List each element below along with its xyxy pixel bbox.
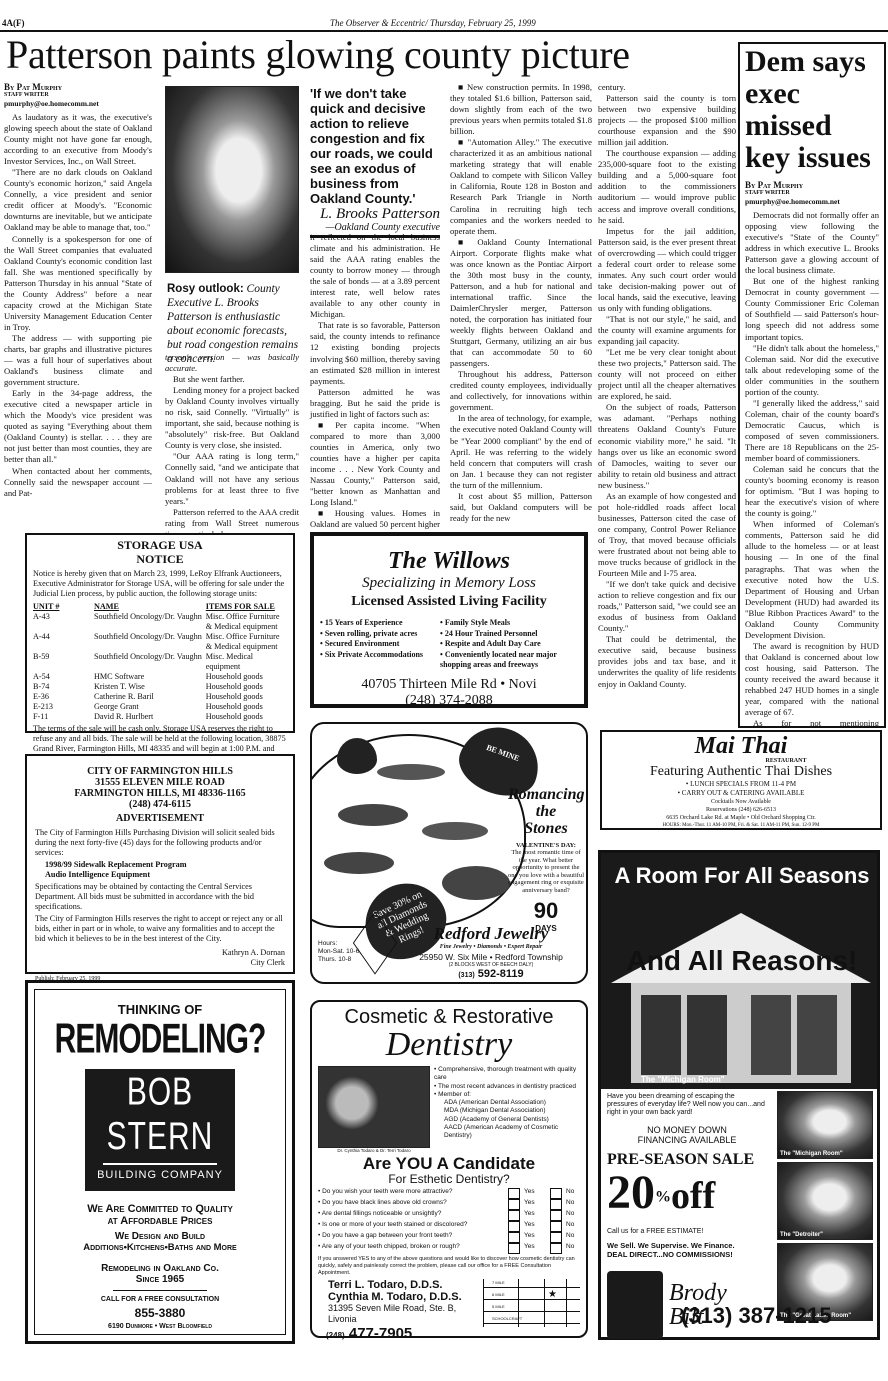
days-number: 90 [508, 898, 584, 924]
main-headline: Patterson paints glowing county picture [6, 32, 630, 78]
financing-line: FINANCING AVAILABLE [607, 1135, 767, 1145]
no-checkbox[interactable] [550, 1232, 562, 1243]
willows-phone[interactable]: (248) 374-2088 [314, 693, 584, 709]
items-cell: Household goods [206, 712, 287, 722]
paragraph: Connelly is a spokesperson for one of th… [4, 234, 152, 333]
store-services: Fine Jewelry • Diamonds • Expert Repair [406, 944, 576, 950]
items-cell: Household goods [206, 682, 287, 692]
yes-checkbox[interactable] [508, 1210, 520, 1221]
signer-name: Kathryn A. Dornan [35, 948, 285, 958]
paragraph: "That is not our style," he said, and th… [598, 314, 736, 347]
bid-intro: The City of Farmington Hills Purchasing … [35, 828, 285, 858]
hero-photo-label: The "Michigan Room" [641, 1075, 725, 1084]
unit-cell: E-213 [33, 702, 94, 712]
restaurant-info: Cocktails Now Available [602, 798, 880, 806]
items-cell: Household goods [206, 692, 287, 702]
pitch-line: We Design and Build [35, 1231, 285, 1242]
ring-image [324, 852, 394, 874]
paragraph: "Let me be very clear tonight about thes… [598, 347, 736, 402]
ring-image [338, 804, 408, 826]
advertisement-heading: ADVERTISEMENT [35, 812, 285, 826]
paragraph: Impetus for the jail addition, Patterson… [598, 226, 736, 314]
ad-phone[interactable]: 855-3880 [35, 1306, 285, 1320]
paragraph: But she went farther. [165, 374, 299, 385]
table-row: F-11David R. HurlbertHousehold goods [33, 712, 287, 722]
name-cell: George Grant [94, 702, 206, 712]
ad-address: 6190 Dunmore • West Bloomfield [35, 1323, 285, 1330]
feature-item: • Seven rolling, private acres [320, 629, 440, 640]
paragraph: Democrats did not formally offer an oppo… [745, 210, 879, 276]
candidate-subheadline: For Esthetic Dentistry? [318, 1173, 580, 1186]
name-cell: Southfield Oncology/Dr. Vaughn [94, 652, 206, 672]
store-address: 25950 W. Six Mile • Redford Township [406, 952, 576, 962]
bid-rights: The City of Farmington Hills reserves th… [35, 914, 285, 944]
paragraph: When contacted about her comments, Conne… [4, 466, 152, 499]
small-heart-icon [337, 738, 377, 774]
paragraph: On the subject of roads, Patterson was a… [598, 402, 736, 490]
since-line: Remodeling in Oakland Co. [35, 1263, 285, 1274]
paragraph: The address — with supporting pie charts… [4, 333, 152, 388]
pitch-line: Additions•Kitchens•Baths and More [35, 1242, 285, 1253]
mai-thai-ad: Mai Thai RESTAURANT Featuring Authentic … [600, 730, 882, 830]
willows-features: • 15 Years of Experience • Seven rolling… [320, 618, 578, 671]
ring-image [377, 764, 445, 780]
ring-image [422, 822, 488, 840]
paragraph: "There are no dark clouds on Oakland Cou… [4, 167, 152, 233]
romancing-line: Stones [508, 820, 584, 837]
paragraph: "He didn't talk about the homeless," Col… [745, 343, 879, 398]
arc-headline: A Room For All Seasons [601, 863, 877, 889]
table-row: B-59Southfield Oncology/Dr. VaughnMisc. … [33, 652, 287, 672]
thinking-of: THINKING OF [35, 1002, 285, 1017]
paragraph: The award is recognition by HUD that Oak… [745, 641, 879, 718]
question-row: • Do you have black lines above old crow… [318, 1199, 580, 1210]
city-street: 31555 ELEVEN MILE ROAD [35, 777, 285, 788]
romancing-block: Romancing the Stones VALENTINE'S DAY: Th… [508, 786, 584, 933]
office-phone[interactable]: (248) 477-7905 [318, 1325, 483, 1342]
restaurant-name: Mai Thai [602, 734, 880, 758]
sunroom-pitch: Have you been dreaming of escaping the p… [607, 1093, 767, 1117]
paragraph: ■ Oakland County International Airport. … [450, 237, 592, 370]
jewelry-contact: Redford Jewelry Fine Jewelry • Diamonds … [406, 924, 576, 980]
paragraph: Coleman said he concurs that the county'… [745, 464, 879, 519]
page-number: 4A(F) [2, 18, 25, 28]
name-cell: Catherine R. Baril [94, 692, 206, 702]
paragraph: Early in the 34-page address, the execut… [4, 388, 152, 465]
paragraph: That rate is so favorable, Patterson sai… [310, 320, 440, 386]
items-cell: Misc. Office Furniture & Medical equipme… [206, 632, 287, 652]
table-row: A-44Southfield Oncology/Dr. VaughnMisc. … [33, 632, 287, 652]
side-author-email[interactable]: pmurphy@oe.homecomm.net [745, 197, 879, 207]
paragraph: "Our AAA rating is long term," Connelly … [165, 451, 299, 506]
caption-lead: Rosy outlook: [167, 283, 244, 295]
restaurant-info: • CARRY OUT & CATERING AVAILABLE [602, 789, 880, 798]
question-row: • Do you wish your teeth were more attra… [318, 1188, 580, 1199]
restaurant-info: • LUNCH SPECIALS FROM 11-4 PM [602, 780, 880, 789]
paragraph: When informed of Coleman's comments, Pat… [745, 519, 879, 641]
table-row: B-74Kristen T. WiseHousehold goods [33, 682, 287, 692]
brody-bilt-ad: A Room For All Seasons And All Reasons! … [598, 850, 880, 1340]
doctors-photo [318, 1066, 430, 1148]
paragraph: ■ Per capita income. "When compared to m… [310, 420, 440, 508]
question-row: • Is one or more of your teeth stained o… [318, 1221, 580, 1232]
farmington-hills-notice: CITY OF FARMINGTON HILLS 31555 ELEVEN MI… [25, 754, 295, 974]
doctors-photo-block: Dr. Cynthia Todaro & Dr. Terri Todaro [318, 1066, 430, 1153]
pull-quote-name: L. Brooks Patterson [310, 206, 440, 222]
store-phone[interactable]: (313) 592-8119 [406, 968, 576, 980]
byline: By Pat Murphy [4, 82, 152, 92]
paragraph: ■ New construction permits. In 1998, the… [450, 82, 592, 137]
name-cell: Southfield Oncology/Dr. Vaughn [94, 632, 206, 652]
pitch-line: We Are Committed to Quality [35, 1203, 285, 1215]
col-header-name: NAME [94, 602, 206, 612]
doctor-name: Cynthia M. Todaro, D.D.S. [318, 1291, 483, 1303]
main-story-col4: ■ New construction permits. In 1998, the… [450, 82, 592, 524]
paragraph: That could be detrimental, the executive… [598, 634, 736, 689]
yes-checkbox[interactable] [508, 1199, 520, 1210]
author-email[interactable]: pmurphy@oe.homecomm.net [4, 99, 152, 109]
yes-checkbox[interactable] [508, 1232, 520, 1243]
logo-phone[interactable]: 855-3880 [85, 1189, 235, 1204]
bob-stern-ad: THINKING OF REMODELING? BOB STERN BUILDI… [25, 980, 295, 1344]
company-sub: BUILDING COMPANY [85, 1169, 235, 1181]
willows-name: The Willows [314, 548, 584, 575]
dentistry-script: Dentistry [318, 1028, 580, 1062]
bid-item: 1998/99 Sidewalk Replacement Program [45, 860, 285, 870]
question-row: • Are dental fillings noticeable or unsi… [318, 1210, 580, 1221]
question-row: • Are any of your teeth chipped, broken … [318, 1243, 580, 1254]
unit-cell: E-36 [33, 692, 94, 702]
paragraph: As laudatory as it was, the executive's … [4, 112, 152, 167]
location-map: 7 MILE 6 MILE 5 MILE SCHOOLCRAFT ★ [483, 1279, 580, 1327]
candidate-closing: If you answered YES to any of the above … [318, 1256, 580, 1276]
question-row: • Do you have a gap between your front t… [318, 1232, 580, 1243]
redford-jewelry-ad: BE MINE Save 30% on all Diamonds & Weddi… [310, 722, 588, 984]
main-story-col5: century. Patterson said the county is to… [598, 82, 736, 690]
unit-cell: F-11 [33, 712, 94, 722]
willows-tagline: Specializing in Memory Loss [314, 575, 584, 592]
reasons-headline: And All Reasons! [601, 945, 877, 977]
storage-usa-notice: STORAGE USA NOTICE Notice is hereby give… [25, 533, 295, 733]
table-row: E-213George GrantHousehold goods [33, 702, 287, 712]
signer-title: City Clerk [35, 958, 285, 968]
restaurant-reservations[interactable]: Reservations (248) 626-6513 [602, 806, 880, 814]
feature-item: • Respite and Adult Day Care [440, 639, 578, 650]
candidate-questionnaire: • Do you wish your teeth were more attra… [318, 1188, 580, 1254]
yes-checkbox[interactable] [508, 1221, 520, 1232]
paragraph: ■ "Automation Alley." The executive char… [450, 137, 592, 236]
restaurant-headline: Featuring Authentic Thai Dishes [602, 764, 880, 780]
feature-item: • Six Private Accommodations [320, 650, 440, 661]
restaurant-address: 6635 Orchard Lake Rd. at Maple • Old Orc… [602, 814, 880, 822]
storage-units-table: UNIT # NAME ITEMS FOR SALE A-43Southfiel… [33, 602, 287, 722]
table-row: A-54HMC SoftwareHousehold goods [33, 672, 287, 682]
doctor-name: Terri L. Todaro, D.D.S. [318, 1279, 483, 1291]
bob-stern-logo-box: BOB STERN BUILDING COMPANY 855-3880 [85, 1069, 235, 1191]
ring-image [442, 866, 510, 900]
paragraph: It cost about $5 million, Patterson said… [450, 491, 592, 524]
call-free-consultation: CALL FOR A FREE CONSULTATION [35, 1296, 285, 1303]
paragraph: Patterson said the county is torn betwee… [598, 93, 736, 148]
valentine-text: The most romantic time of the year. What… [508, 849, 584, 894]
table-row: A-43Southfield Oncology/Dr. VaughnMisc. … [33, 612, 287, 632]
no-checkbox[interactable] [550, 1188, 562, 1199]
city-address: FARMINGTON HILLS, MI 48336-1165 [35, 788, 285, 799]
paragraph: The courthouse expansion — adding 235,00… [598, 148, 736, 225]
dentistry-info: Dr. Cynthia Todaro & Dr. Terri Todaro • … [318, 1066, 580, 1153]
city-phone: (248) 474-6115 [35, 799, 285, 810]
brody-phone[interactable]: (313) 387-1215 [681, 1303, 831, 1329]
paragraph: But one of the highest ranking Democrat … [745, 276, 879, 342]
items-cell: Household goods [206, 702, 287, 712]
valentine-lead: VALENTINE'S DAY: [508, 842, 584, 849]
unit-cell: B-59 [33, 652, 94, 672]
no-checkbox[interactable] [550, 1243, 562, 1254]
romancing-line: the [508, 803, 584, 820]
no-checkbox[interactable] [550, 1199, 562, 1210]
name-cell: David R. Hurlbert [94, 712, 206, 722]
side-story-body: By Pat Murphy STAFF WRITER pmurphy@oe.ho… [745, 180, 879, 784]
col-header-items: ITEMS FOR SALE [206, 602, 287, 612]
notice-title: STORAGE USA [33, 539, 287, 552]
unit-cell: A-44 [33, 632, 94, 652]
side-staff-label: STAFF WRITER [745, 190, 879, 197]
feature-item: • Conveniently located near major shoppi… [440, 650, 578, 671]
main-story-col1: By Pat Murphy STAFF WRITER pmurphy@oe.ho… [4, 82, 152, 499]
unit-cell: B-74 [33, 682, 94, 692]
tagline: We Sell. We Supervise. We Finance. [607, 1241, 767, 1250]
no-checkbox[interactable] [550, 1210, 562, 1221]
mascot-icon [607, 1271, 663, 1339]
remodeling-headline: REMODELING? [35, 1016, 285, 1064]
unit-cell: A-43 [33, 612, 94, 632]
financing-line: NO MONEY DOWN [607, 1125, 767, 1135]
store-name: Redford Jewelry [406, 924, 576, 944]
since-line: Since 1965 [35, 1274, 285, 1285]
col-header-unit: UNIT # [33, 602, 94, 612]
dentistry-ad: Cosmetic & Restorative Dentistry Dr. Cyn… [310, 1000, 588, 1338]
paragraph: Throughout his address, Patterson credit… [450, 369, 592, 413]
company-name: BOB STERN [85, 1071, 235, 1159]
side-headline: Dem says exec missed key issues [745, 46, 879, 174]
table-row: E-36Catherine R. BarilHousehold goods [33, 692, 287, 702]
sunroom-hero: A Room For All Seasons And All Reasons! … [601, 853, 877, 1089]
gallery-photo: The "Michigan Room" [777, 1091, 873, 1159]
office-address: 31395 Seven Mile Road, Ste. B, Livonia [318, 1303, 483, 1325]
no-checkbox[interactable] [550, 1221, 562, 1232]
feature-item: • 24 Hour Trained Personnel [440, 629, 578, 640]
yes-checkbox[interactable] [508, 1188, 520, 1199]
name-cell: Kristen T. Wise [94, 682, 206, 692]
items-cell: Misc. Office Furniture & Medical equipme… [206, 612, 287, 632]
dentistry-contact: Terri L. Todaro, D.D.S. Cynthia M. Todar… [318, 1279, 580, 1342]
name-cell: HMC Software [94, 672, 206, 682]
pitch-line: at Affordable Prices [35, 1215, 285, 1227]
feature-item: • Family Style Meals [440, 618, 578, 629]
free-estimate: Call us for a FREE ESTIMATE! [607, 1228, 767, 1235]
city-name: CITY OF FARMINGTON HILLS [35, 766, 285, 777]
dentistry-bullets: • Comprehensive, thorough treatment with… [430, 1066, 580, 1153]
location-star-icon: ★ [548, 1289, 557, 1300]
discount-badge: 20%off [607, 1169, 767, 1228]
name-cell: Southfield Oncology/Dr. Vaughn [94, 612, 206, 632]
staff-writer-label: STAFF WRITER [4, 92, 152, 99]
masthead-dateline: The Observer & Eccentric/ Thursday, Febr… [330, 18, 536, 28]
items-cell: Household goods [206, 672, 287, 682]
pull-quote-text: 'If we don't take quick and decisive act… [310, 86, 440, 206]
notice-intro: Notice is hereby given that on March 23,… [33, 569, 287, 599]
items-cell: Misc. Medical equipment [206, 652, 287, 672]
side-byline: By Pat Murphy [745, 180, 879, 190]
main-story-col3: it reflected on the local business clima… [310, 232, 440, 563]
candidate-headline: Are YOU A Candidate [318, 1155, 580, 1173]
unit-cell: A-54 [33, 672, 94, 682]
patterson-photo [165, 86, 299, 273]
gallery-photo: The "Detroiter" [777, 1162, 873, 1240]
willows-ad: The Willows Specializing in Memory Loss … [310, 532, 588, 708]
paragraph: In the area of technology, for example, … [450, 413, 592, 490]
willows-address: 40705 Thirteen Mile Rd • Novi [314, 677, 584, 693]
doctors-photo-caption: Dr. Cynthia Todaro & Dr. Terri Todaro [318, 1148, 430, 1153]
paragraph: terson's version — was basically accurat… [165, 352, 299, 374]
paragraph: Lending money for a project backed by Oa… [165, 385, 299, 451]
notice-subtitle: NOTICE [33, 552, 287, 566]
willows-subtitle: Licensed Assisted Living Facility [314, 594, 584, 610]
bid-specs: Specifications may be obtained by contac… [35, 882, 285, 912]
yes-checkbox[interactable] [508, 1243, 520, 1254]
pull-quote: 'If we don't take quick and decisive act… [310, 86, 440, 238]
store-hours: Hours: Mon-Sat. 10-6, Thurs. 10-8 [318, 940, 361, 964]
paragraph: "I generally liked the address," said Co… [745, 398, 879, 464]
dentistry-title: Cosmetic & Restorative [318, 1006, 580, 1028]
paragraph: it reflected on the local business clima… [310, 232, 440, 320]
paragraph: Patterson admitted he was bragging. But … [310, 387, 440, 420]
main-story-col2: terson's version — was basically accurat… [165, 352, 299, 540]
bid-item: Audio Intelligence Equipment [45, 870, 285, 880]
tagline: DEAL DIRECT...NO COMMISSIONS! [607, 1250, 767, 1259]
side-story-box: Dem says exec missed key issues By Pat M… [738, 42, 886, 728]
romancing-line: Romancing [508, 786, 584, 803]
feature-item: • 15 Years of Experience [320, 618, 440, 629]
feature-item: • Secured Environment [320, 639, 440, 650]
paragraph: "If we don't take quick and decisive act… [598, 579, 736, 634]
restaurant-hours: HOURS: Mon.-Thur. 11 AM-10 PM, Fri. & Sa… [602, 822, 880, 829]
paragraph: As an example of how congested and pot h… [598, 491, 736, 579]
paragraph: century. [598, 82, 736, 93]
